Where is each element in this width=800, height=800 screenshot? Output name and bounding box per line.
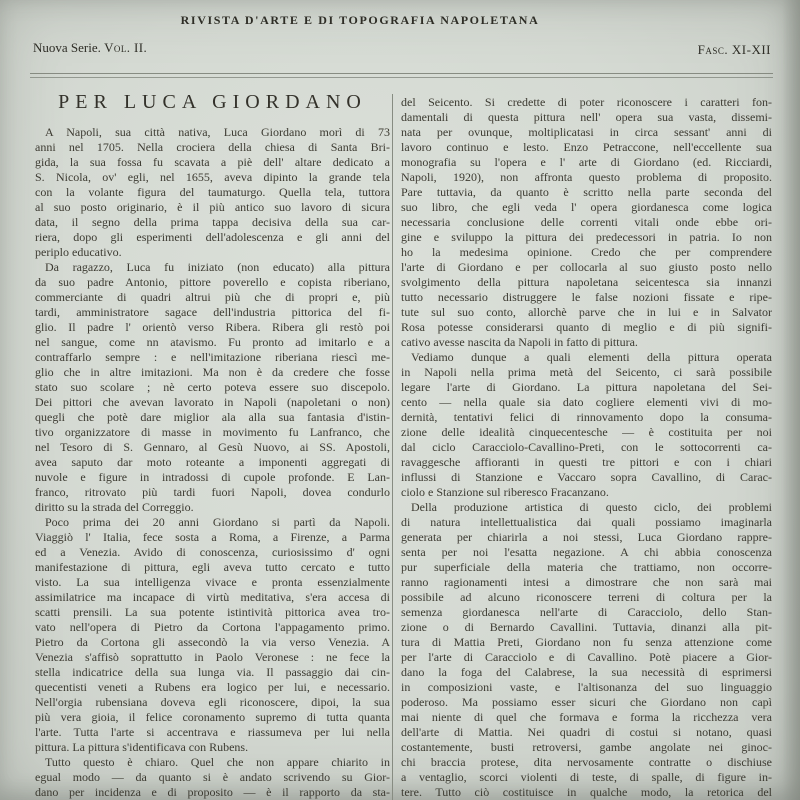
text-line: tere. Tutto ciò costituisce in qualche m… [401,785,772,800]
text-line: semenza giordanesca nell'arte di Caracci… [401,605,772,620]
volume-label: Vol. II. [104,40,147,55]
text-line: Napoli, 1920), non affronta questo probl… [401,170,772,185]
text-line: mai niente di quel che formava e forma l… [401,710,772,725]
text-line: S. Nicola, ov' egli, nel 1655, aveva dip… [35,170,390,185]
left-column-text: A Napoli, sua città nativa, Luca Giordan… [35,125,390,800]
text-line: monografia su l'opera e l' arte di Giord… [401,155,772,170]
series-volume-label: Nuova Serie. Vol. II. [33,40,147,56]
text-line: senta per noi l'esatta negazione. A chi … [401,545,772,560]
text-line: Vediamo dunque a quali elementi della pi… [401,350,772,365]
article-title: PER LUCA GIORDANO [35,90,390,117]
text-line: l'arte di Giordano e per collocarla al s… [401,260,772,275]
text-line: tutto necessario distruggere le false no… [401,290,772,305]
text-line: quecentisti veneti a Rubens era logico p… [35,680,390,695]
text-line: periplo educativo. [35,245,390,260]
text-line: chi braccia protese, dita nervosamente c… [401,755,772,770]
text-line: cativo avesse nascita da Napoli in fatto… [401,335,772,350]
text-line: dano la foga del Calabrese, la sua neces… [401,665,772,680]
text-line: nel Tesoro di S. Gennaro, al Gesù Nuovo,… [35,440,390,455]
column-divider [392,94,393,800]
text-line: tute sul suo conto, allorchè parve che i… [401,305,772,320]
text-line: generata per chiarirla a noi stessi, Luc… [401,530,772,545]
text-line: da suo padre Antonio, pittore poverello … [35,275,390,290]
text-line: vato nell'opera di Pietro da Cortona l'a… [35,620,390,635]
text-line: necessaria conclusione delle correnti vi… [401,215,772,230]
text-line: del Seicento. Si credette di poter ricon… [401,95,772,110]
fascicle-label: Fasc. XI-XII [698,42,771,58]
text-line: per l'arte di Caracciolo e di Cavallino.… [401,650,772,665]
text-line: diritto su la strada del Correggio. [35,500,390,515]
right-column-text: del Seicento. Si credette di poter ricon… [401,95,772,800]
text-line: Poco prima dei 20 anni Giordano si partì… [35,515,390,530]
header-rule-top [30,73,773,74]
text-line: gida, la sua fossa fu scavata a piè dell… [35,155,390,170]
text-line: avea saputo dar moto roteante a imponent… [35,455,390,470]
text-line: Tutto questo è chiaro. Quel che non appa… [35,755,390,770]
page-edge-shadow [782,0,800,800]
text-line: glio. Il padre l' orientò verso Ribera. … [35,320,390,335]
left-column: PER LUCA GIORDANO A Napoli, sua città na… [35,90,390,800]
text-line: dell'arte di Mattia. Nei quadri di costu… [401,725,772,740]
text-line: nuvole e figure in intradossi di cupole … [35,470,390,485]
text-line: ed a Venezia. Avido di conoscenza, curio… [35,545,390,560]
text-line: Viaggiò l' Italia, fece sosta a Roma, a … [35,530,390,545]
text-line: di natura intellettualistica dai quali p… [401,515,772,530]
text-line: a ventaglio, scorci violenti di teste, d… [401,770,772,785]
text-line: cento — nella quale sia dato cogliere el… [401,395,772,410]
text-line: commerciante di quadri altrui più che di… [35,290,390,305]
journal-title: RIVISTA D'ARTE E DI TOPOGRAFIA NAPOLETAN… [181,13,540,28]
text-line: ciolo e Stanzione sul riberesco Fracanza… [401,485,772,500]
text-line: Venezia s'affisò soprattutto in Paolo Ve… [35,650,390,665]
text-line: poderoso. Ma possiamo esser sicuri che G… [401,695,772,710]
text-line: legare l'arte di Giordano. La pittura na… [401,380,772,395]
text-line: con la volante figura del taumaturgo. Qu… [35,185,390,200]
text-line: tardi, amministratore sagace dell'indust… [35,305,390,320]
scanned-journal-page: RIVISTA D'ARTE E DI TOPOGRAFIA NAPOLETAN… [0,0,800,800]
text-line: Nell'orgia rubensiana doveva egli ricono… [35,695,390,710]
text-line: damentali di questa pittura nell' opera … [401,110,772,125]
text-line: nata per ovunque, moltiplicatasi in circ… [401,125,772,140]
text-line: glio che in altre imitazioni. Ma non è d… [35,365,390,380]
text-line: dano per incidenza e di proposito — è il… [35,785,390,800]
text-line: ravaggesche affioranti in questi tre pit… [401,455,772,470]
text-line: Da ragazzo, Luca fu iniziato (non educat… [35,260,390,275]
text-line: ranno ragionamenti intesi a dimostrare c… [401,575,772,590]
text-line: data, il segno della prima tappa decisiv… [35,215,390,230]
text-line: gine e sviluppo la pittura dei predecess… [401,230,772,245]
text-line: contraffarlo sempre : e nell'imitazione … [35,350,390,365]
text-line: assimilatrice ma incapace di virtù medit… [35,590,390,605]
text-line: manifestazione di pittura, egli aveva tu… [35,560,390,575]
text-line: costantemente, busti retroversi, gambe a… [401,740,772,755]
text-line: anni nel 1705. Nella crociera della chie… [35,140,390,155]
text-line: pur superficiale della materia che tratt… [401,560,772,575]
text-line: riera, dopo gli esperimenti dell'adolesc… [35,230,390,245]
text-line: Della produzione artistica di questo cic… [401,500,772,515]
text-line: zione o di Bernardo Cavallini. Tuttavia,… [401,620,772,635]
text-line: nel sangue, come nn atavismo. Fu pronto … [35,335,390,350]
right-column: del Seicento. Si credette di poter ricon… [401,95,772,800]
text-line: in Napoli nella prima metà del Seicento,… [401,365,772,380]
text-line: dernità, tentativi felici di rinnovament… [401,410,772,425]
text-line: possibile ad alcuno riconoscere terreni … [401,590,772,605]
text-line: suo libro, che egli veda l' opera giorda… [401,200,772,215]
text-line: influssi di Stanzione e Vaccaro sopra Ca… [401,470,772,485]
text-line: lavoro continuo e lesto. Enzo Petraccone… [401,140,772,155]
text-line: stato suo scolare ; nè certo poteva esse… [35,380,390,395]
text-line: stella indicatrice della sua lunga via. … [35,665,390,680]
text-line: svolgimento della pittura napoletana sei… [401,275,772,290]
text-line: tura di Mattia Preti, Giordano non fu se… [401,635,772,650]
text-line: Pietro da Cortona gli assecondò la via v… [35,635,390,650]
text-line: A Napoli, sua città nativa, Luca Giordan… [35,125,390,140]
text-line: Dei pittori che avevan lavorato in Napol… [35,395,390,410]
text-line: più vera gioia, il felice coronamento su… [35,710,390,725]
text-line: l'arte. Tutta l'arte si accentrava e ria… [35,725,390,740]
text-line: in composizioni vaste, e l'altisonanza d… [401,680,772,695]
text-line: scatti prensili. La sua potente istintiv… [35,605,390,620]
text-line: al suo posto originario, è il più antico… [35,200,390,215]
text-line: visto. La sua intelligenza vivace e pron… [35,575,390,590]
series-label: Nuova Serie. [33,40,104,55]
text-line: quegli che potè dare miglior ala alla su… [35,410,390,425]
text-line: pittura. La pittura s'identificava con R… [35,740,390,755]
text-line: tivo organizzatore di masse in movimento… [35,425,390,440]
header-rule-bottom [30,77,773,78]
text-line: ho la medesima opinione. Credo che per c… [401,245,772,260]
text-line: Rosa potesse considerarsi quanto di megl… [401,320,772,335]
text-line: egual modo — da quanto si è andato scriv… [35,770,390,785]
text-line: zione delle idealità cinquecentesche — è… [401,425,772,440]
text-line: franco, ritrovato più tardi fuori Napoli… [35,485,390,500]
text-line: Pare tuttavia, da quanto è scritto nella… [401,185,772,200]
text-line: dal ciclo Caracciolo-Cavallino-Preti, co… [401,440,772,455]
